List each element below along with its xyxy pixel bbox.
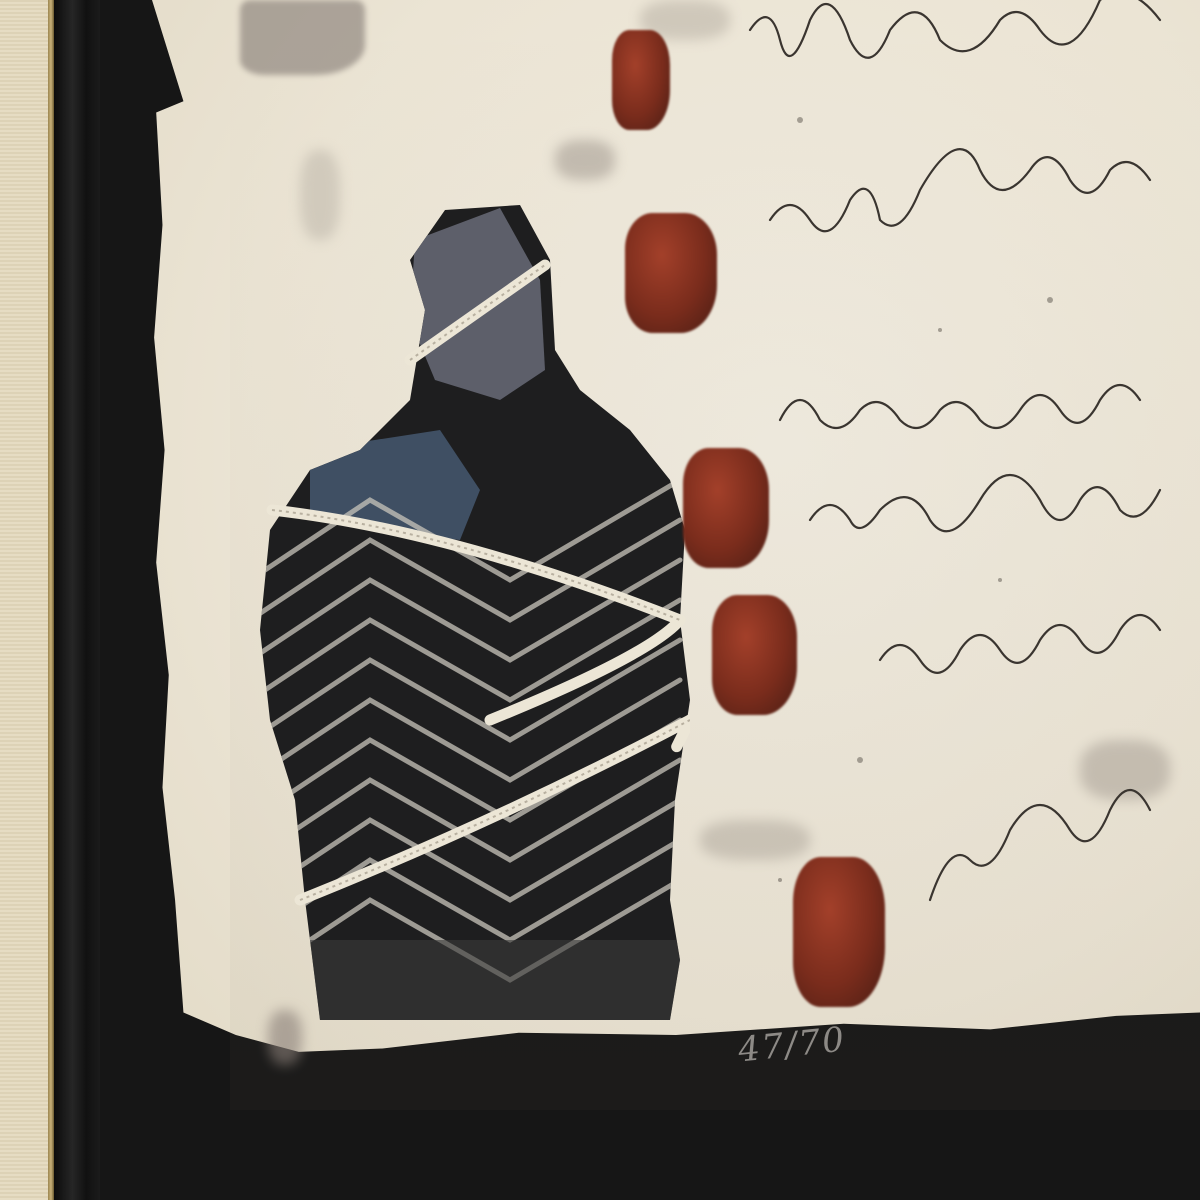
- black-frame: [54, 0, 100, 1200]
- script-lines: [740, 0, 1200, 1000]
- script-line: [810, 475, 1160, 531]
- gray-plate-patch: [240, 0, 365, 75]
- script-line: [770, 149, 1150, 231]
- script-line: [880, 615, 1160, 673]
- framed-artwork-photo: 47/70: [0, 0, 1200, 1200]
- bound-figure: [250, 200, 690, 1030]
- linen-mat: [0, 0, 48, 1200]
- rust-pigment-block: [625, 213, 717, 333]
- script-line: [750, 0, 1160, 58]
- script-line: [930, 790, 1150, 900]
- rust-pigment-block: [612, 30, 670, 130]
- script-line: [780, 385, 1140, 428]
- figure-illustration: [250, 200, 690, 1030]
- smudge: [555, 140, 615, 180]
- asemic-script: [740, 0, 1200, 1000]
